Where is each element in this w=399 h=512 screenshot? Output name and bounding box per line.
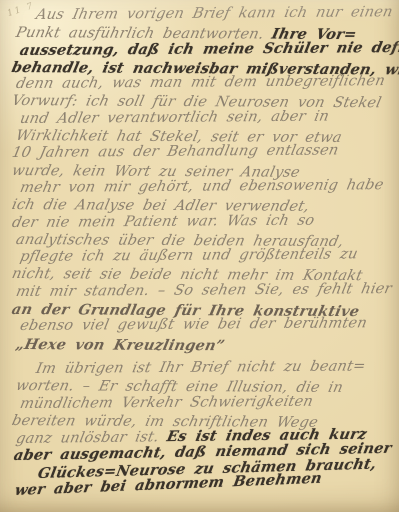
handwriting-segment: Im übrigen ist Ihr Brief nicht zu beant= <box>34 358 367 378</box>
handwriting-segment: denn auch, was man mit dem unbegreiflich… <box>14 73 386 93</box>
handwriting-segment: mündlichem Verkehr Schwierigkeiten <box>18 393 314 413</box>
handwriting-line: und Adler verantwortlich sein, aber in <box>20 108 399 128</box>
handwriting-line: der nie mein Patient war. Was ich so <box>12 212 399 232</box>
letter-body: Aus Ihrem vorigen Brief kann ich nur ein… <box>12 7 399 499</box>
handwriting-segment: aussetzung, daß ich meine Schüler nie de… <box>18 38 399 59</box>
handwriting-line: aussetzung, daß ich meine Schüler nie de… <box>20 39 399 59</box>
handwriting-line: mehr von mir gehört, und ebensowenig hab… <box>20 177 399 197</box>
letter-paragraph-1: Aus Ihrem vorigen Brief kann ich nur ein… <box>12 7 399 353</box>
handwriting-line: 10 Jahren aus der Behandlung entlassen <box>12 142 399 162</box>
letter-paragraph-2: Im übrigen ist Ihr Brief nicht zu beant=… <box>12 361 399 499</box>
handwriting-segment: Aus Ihrem vorigen Brief kann ich nur ein… <box>34 4 394 24</box>
manuscript-page: 11 7 Aus Ihrem vorigen Brief kann ich nu… <box>0 0 399 512</box>
handwriting-segment: pflegte ich zu äußern und größtenteils z… <box>18 246 359 266</box>
handwriting-segment: und Adler verantwortlich sein, aber in <box>18 108 330 128</box>
handwriting-line: mündlichem Verkehr Schwierigkeiten <box>20 393 399 413</box>
handwriting-segment: der nie mein Patient war. Was ich so <box>10 212 316 232</box>
handwriting-line: Im übrigen ist Ihr Brief nicht zu beant= <box>36 358 399 378</box>
handwriting-segment: „Hexe von Kreuzlingen” <box>14 336 226 355</box>
handwriting-line: denn auch, was man mit dem unbegreiflich… <box>16 73 399 93</box>
handwriting-line: Aus Ihrem vorigen Brief kann ich nur ein… <box>36 4 399 24</box>
handwriting-line: „Hexe von Kreuzlingen” <box>16 336 399 356</box>
handwriting-segment: mehr von mir gehört, und ebensowenig hab… <box>18 177 385 197</box>
handwriting-line: ebenso viel gewußt wie bei der berühmten <box>20 315 399 335</box>
handwriting-segment: ebenso viel gewußt wie bei der berühmten <box>18 316 368 336</box>
handwriting-segment: mit mir standen. – So sehen Sie, es fehl… <box>14 281 393 301</box>
handwriting-line: pflegte ich zu äußern und größtenteils z… <box>20 246 399 266</box>
handwriting-segment: 10 Jahren aus der Behandlung entlassen <box>10 143 340 163</box>
handwriting-line: mit mir standen. – So sehen Sie, es fehl… <box>16 281 399 301</box>
